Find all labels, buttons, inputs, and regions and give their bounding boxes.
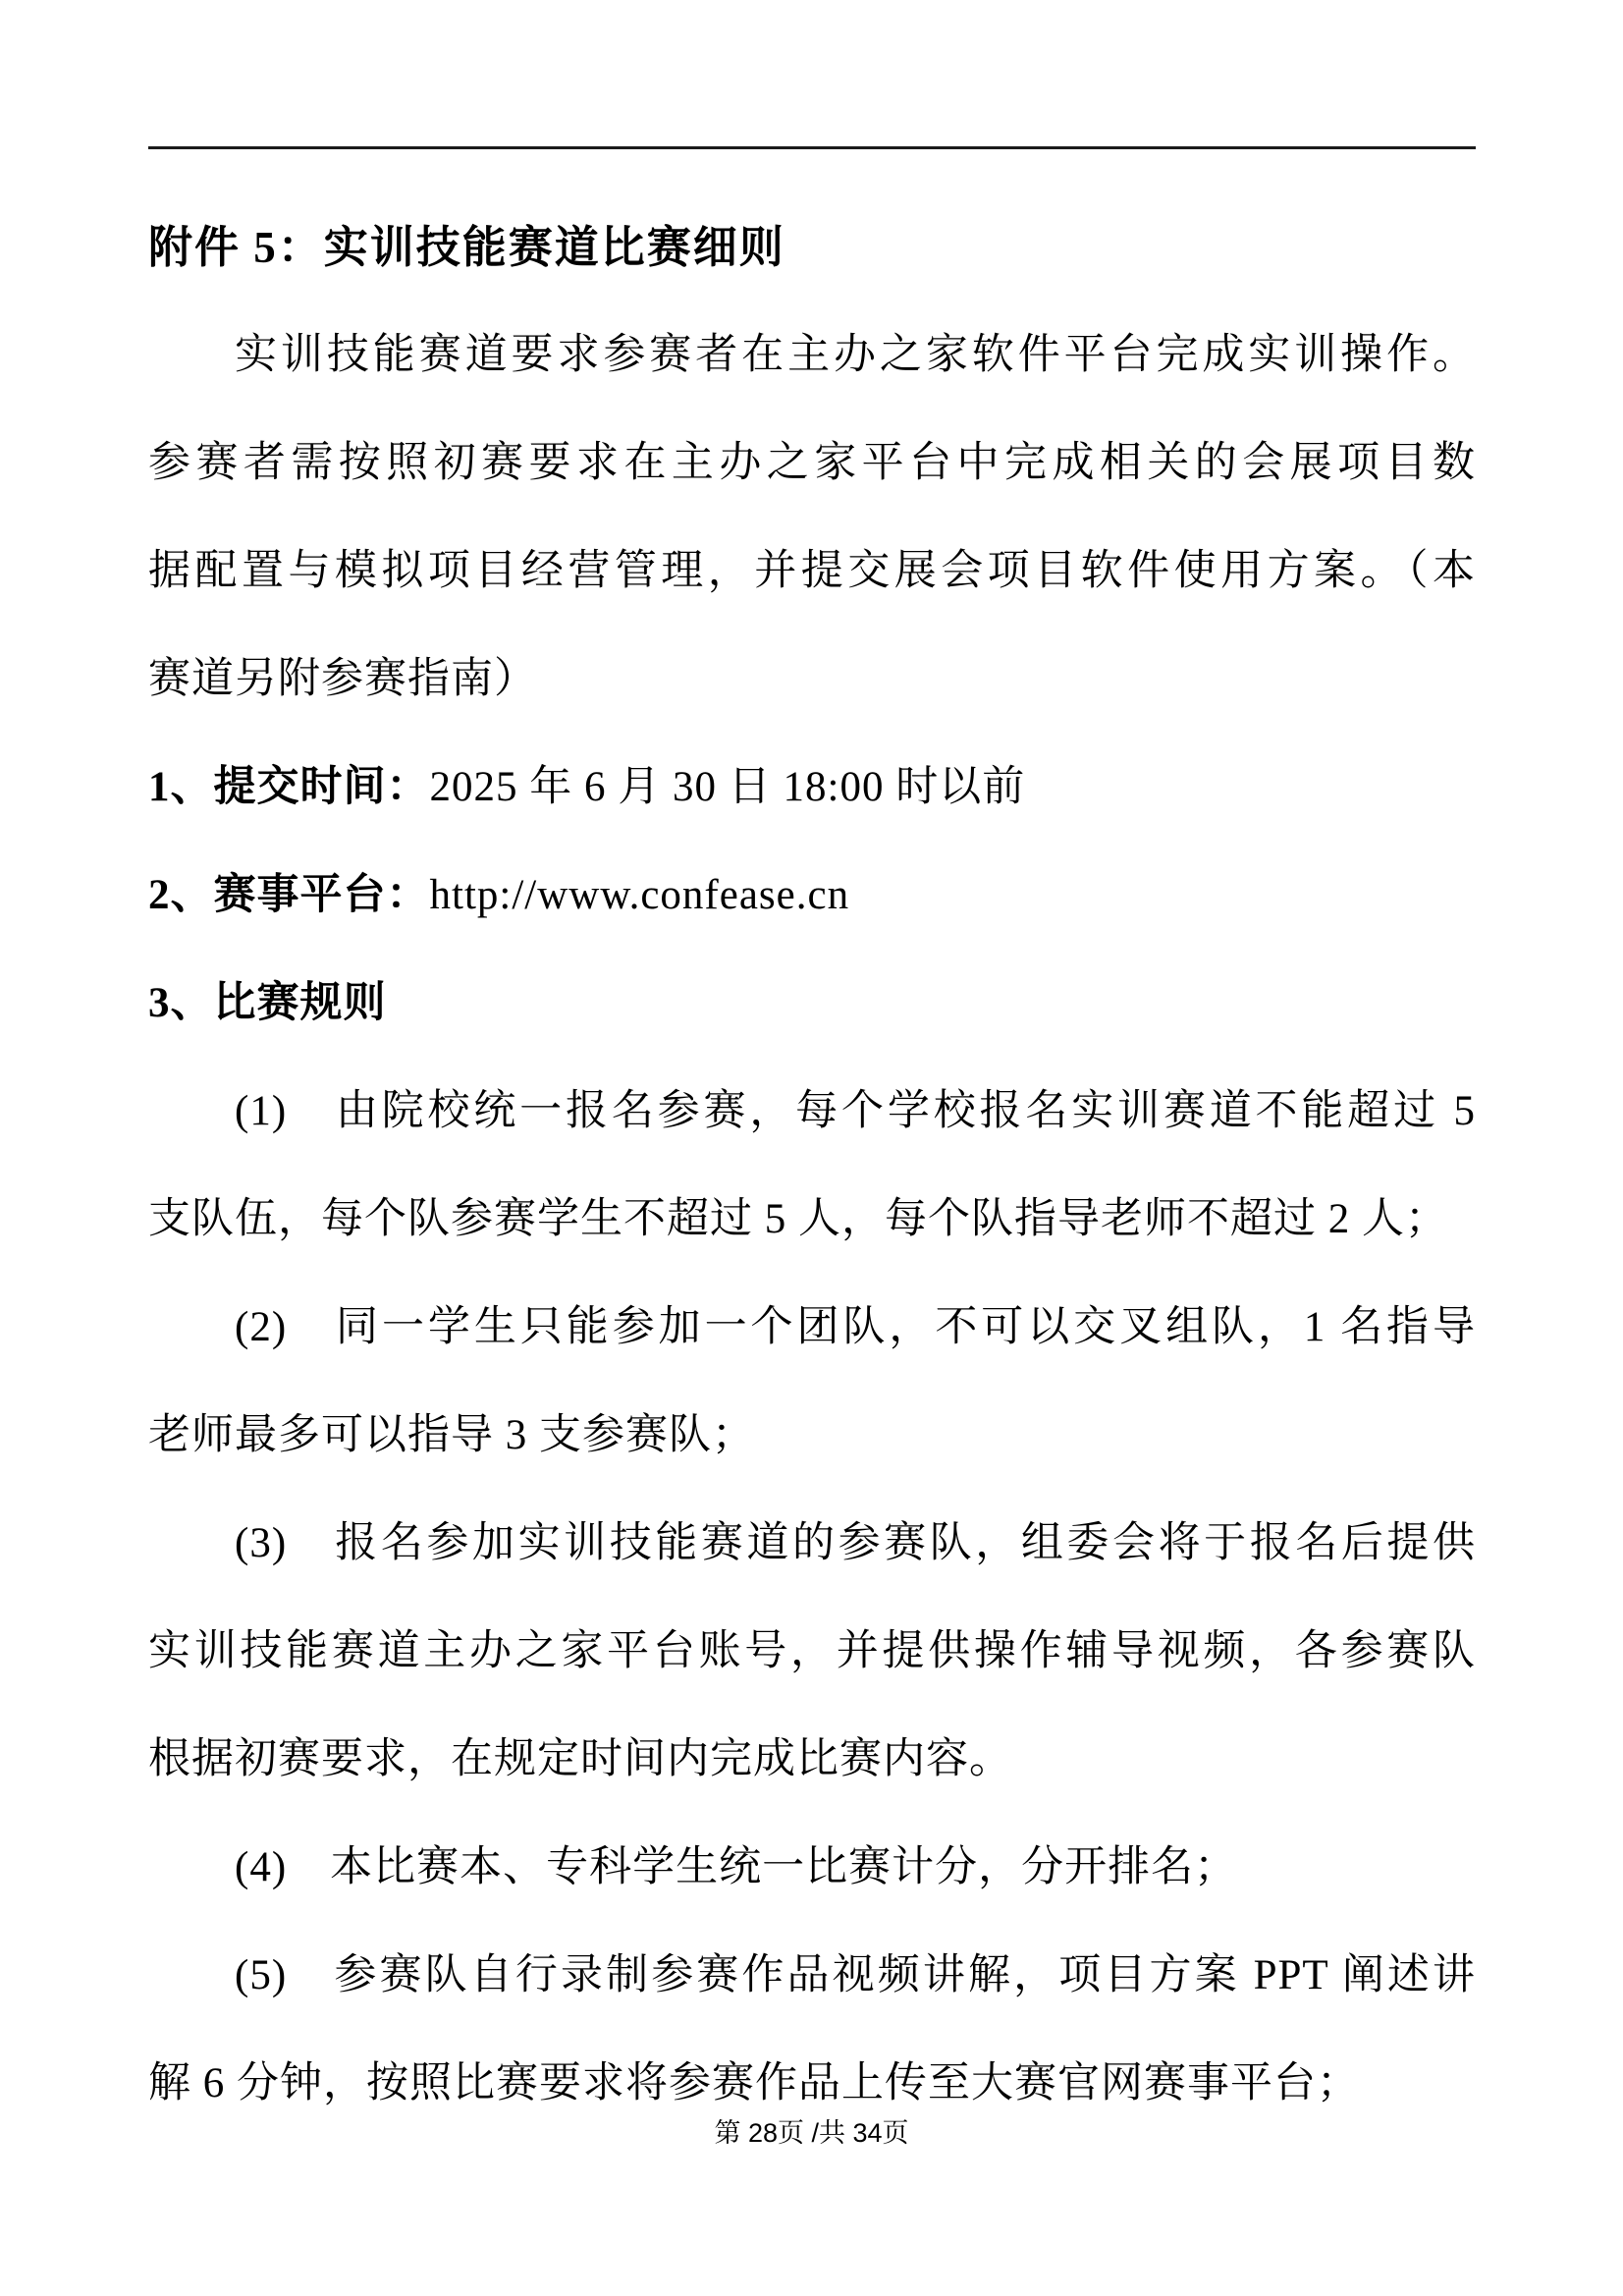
item-rules-heading-label: 3、比赛规则 (148, 980, 387, 1026)
item-platform: 2、赛事平台：http://www.confease.cn (148, 842, 1476, 950)
rule-3-line-3: 根据初赛要求，在规定时间内完成比赛内容。 (148, 1706, 1476, 1814)
rules-list: (1) 由院校统一报名参赛，每个学校报名实训赛道不能超过 5 支队伍，每个队参赛… (148, 1058, 1476, 2138)
rule-3-line-2: 实训技能赛道主办之家平台账号，并提供操作辅导视频，各参赛队 (148, 1598, 1476, 1706)
rule-paragraph-4: (4) 本比赛本、专科学生统一比赛计分，分开排名； (148, 1814, 1476, 1922)
page-title: 附件 5：实训技能赛道比赛细则 (148, 193, 1476, 301)
rule-paragraph-5: (5) 参赛队自行录制参赛作品视频讲解，项目方案 PPT 阐述讲 解 6 分钟，… (148, 1922, 1476, 2138)
intro-line-4: 赛道另附参赛指南） (148, 626, 1476, 734)
page-number: 第 28页 /共 34页 (714, 2118, 908, 2148)
rule-1-line-2: 支队伍，每个队参赛学生不超过 5 人，每个队指导老师不超过 2 人； (148, 1166, 1476, 1274)
item-rules-heading: 3、比赛规则 (148, 950, 1476, 1058)
item-submit-time-value: 2025 年 6 月 30 日 18:00 时以前 (430, 764, 1026, 810)
rule-paragraph-1: (1) 由院校统一报名参赛，每个学校报名实训赛道不能超过 5 支队伍，每个队参赛… (148, 1058, 1476, 1274)
document-page: 附件 5：实训技能赛道比赛细则 实训技能赛道要求参赛者在主办之家软件平台完成实训… (0, 0, 1623, 2296)
rule-5-line-1: (5) 参赛队自行录制参赛作品视频讲解，项目方案 PPT 阐述讲 (148, 1922, 1476, 2030)
item-submit-time: 1、提交时间：2025 年 6 月 30 日 18:00 时以前 (148, 734, 1476, 842)
intro-line-3: 据配置与模拟项目经营管理，并提交展会项目软件使用方案。（本 (148, 518, 1476, 626)
rule-2-line-2: 老师最多可以指导 3 支参赛队； (148, 1382, 1476, 1490)
item-platform-label: 2、赛事平台： (148, 872, 430, 918)
rule-paragraph-2: (2) 同一学生只能参加一个团队，不可以交叉组队，1 名指导 老师最多可以指导 … (148, 1274, 1476, 1490)
rule-1-line-1: (1) 由院校统一报名参赛，每个学校报名实训赛道不能超过 5 (148, 1058, 1476, 1166)
document-body: 附件 5：实训技能赛道比赛细则 实训技能赛道要求参赛者在主办之家软件平台完成实训… (148, 193, 1476, 2138)
rule-2-line-1: (2) 同一学生只能参加一个团队，不可以交叉组队，1 名指导 (148, 1274, 1476, 1382)
intro-paragraph: 实训技能赛道要求参赛者在主办之家软件平台完成实训操作。 参赛者需按照初赛要求在主… (148, 301, 1476, 734)
intro-line-2: 参赛者需按照初赛要求在主办之家平台中完成相关的会展项目数 (148, 410, 1476, 518)
rule-3-line-1: (3) 报名参加实训技能赛道的参赛队，组委会将于报名后提供 (148, 1490, 1476, 1598)
item-submit-time-label: 1、提交时间： (148, 764, 430, 810)
page-footer: 第 28页 /共 34页 (0, 2111, 1623, 2156)
rule-paragraph-3: (3) 报名参加实训技能赛道的参赛队，组委会将于报名后提供 实训技能赛道主办之家… (148, 1490, 1476, 1814)
header-divider (148, 146, 1476, 149)
rule-4-line-1: (4) 本比赛本、专科学生统一比赛计分，分开排名； (148, 1814, 1476, 1922)
item-platform-value: http://www.confease.cn (430, 872, 850, 918)
intro-line-1: 实训技能赛道要求参赛者在主办之家软件平台完成实训操作。 (148, 301, 1476, 410)
